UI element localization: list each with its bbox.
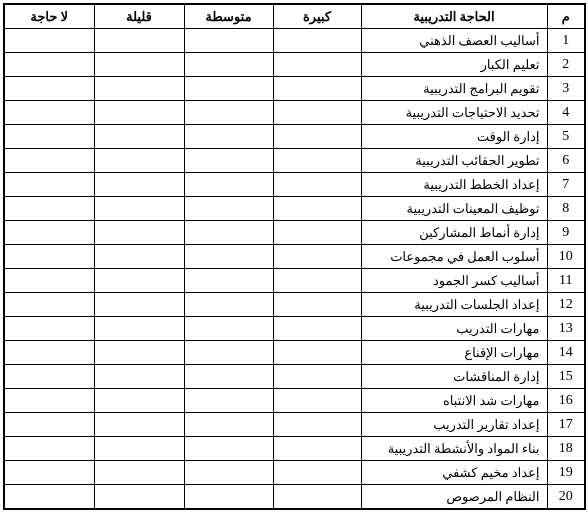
table-row: 3 تقويم البرامج التدريبية: [4, 77, 585, 101]
table-row: 20 النظام المرصوص: [4, 485, 585, 510]
rating-cell-low[interactable]: [94, 437, 184, 461]
rating-cell-medium[interactable]: [184, 437, 273, 461]
table-row: 1 أساليب العصف الذهني: [4, 29, 585, 53]
rating-cell-high[interactable]: [273, 269, 361, 293]
table-row: 18 بناء المواد والأنشطة التدريبية: [4, 437, 585, 461]
rating-cell-low[interactable]: [94, 461, 184, 485]
rating-cell-high[interactable]: [273, 413, 361, 437]
training-need-cell: إعداد الخطط التدريبية: [361, 173, 547, 197]
rating-cell-medium[interactable]: [184, 413, 273, 437]
row-number-cell: 17: [547, 413, 585, 437]
rating-cell-none[interactable]: [4, 245, 94, 269]
table-row: 17 إعداد تقارير التدريب: [4, 413, 585, 437]
rating-cell-medium[interactable]: [184, 341, 273, 365]
rating-cell-low[interactable]: [94, 125, 184, 149]
rating-cell-none[interactable]: [4, 293, 94, 317]
rating-cell-none[interactable]: [4, 341, 94, 365]
table-row: 13 مهارات التدريب: [4, 317, 585, 341]
training-need-cell: إدارة الوقت: [361, 125, 547, 149]
rating-cell-high[interactable]: [273, 53, 361, 77]
rating-cell-medium[interactable]: [184, 389, 273, 413]
rating-cell-high[interactable]: [273, 389, 361, 413]
rating-cell-high[interactable]: [273, 29, 361, 53]
training-need-cell: توظيف المعينات التدريبية: [361, 197, 547, 221]
training-need-cell: تحديد الاحتياجات التدريبية: [361, 101, 547, 125]
rating-cell-high[interactable]: [273, 221, 361, 245]
table-row: 12 إعداد الجلسات التدريبية: [4, 293, 585, 317]
row-number-cell: 14: [547, 341, 585, 365]
rating-cell-high[interactable]: [273, 293, 361, 317]
training-need-cell: إدارة أنماط المشاركين: [361, 221, 547, 245]
rating-cell-low[interactable]: [94, 245, 184, 269]
rating-cell-low[interactable]: [94, 269, 184, 293]
rating-cell-none[interactable]: [4, 485, 94, 510]
rating-cell-low[interactable]: [94, 173, 184, 197]
rating-cell-medium[interactable]: [184, 269, 273, 293]
row-number-cell: 8: [547, 197, 585, 221]
training-need-cell: بناء المواد والأنشطة التدريبية: [361, 437, 547, 461]
table-row: 15 إدارة المناقشات: [4, 365, 585, 389]
rating-cell-none[interactable]: [4, 101, 94, 125]
row-number-cell: 3: [547, 77, 585, 101]
training-need-cell: أسلوب العمل في مجموعات: [361, 245, 547, 269]
rating-cell-low[interactable]: [94, 413, 184, 437]
rating-cell-high[interactable]: [273, 437, 361, 461]
rating-cell-none[interactable]: [4, 461, 94, 485]
training-need-cell: إعداد تقارير التدريب: [361, 413, 547, 437]
training-need-cell: تعليم الكبار: [361, 53, 547, 77]
rating-cell-medium[interactable]: [184, 485, 273, 510]
rating-cell-high[interactable]: [273, 77, 361, 101]
row-number-cell: 4: [547, 101, 585, 125]
row-number-cell: 11: [547, 269, 585, 293]
rating-cell-none[interactable]: [4, 317, 94, 341]
rating-cell-medium[interactable]: [184, 293, 273, 317]
table-row: 11 أساليب كسر الجمود: [4, 269, 585, 293]
rating-cell-none[interactable]: [4, 389, 94, 413]
table-row: 10 أسلوب العمل في مجموعات: [4, 245, 585, 269]
rating-cell-high[interactable]: [273, 173, 361, 197]
rating-cell-none[interactable]: [4, 269, 94, 293]
rating-cell-medium[interactable]: [184, 149, 273, 173]
rating-cell-medium[interactable]: [184, 101, 273, 125]
col-header-need: الحاجة التدريبية: [361, 4, 547, 29]
table-row: 14 مهارات الإقناع: [4, 341, 585, 365]
rating-cell-low[interactable]: [94, 77, 184, 101]
rating-cell-low[interactable]: [94, 53, 184, 77]
row-number-cell: 18: [547, 437, 585, 461]
rating-cell-medium[interactable]: [184, 125, 273, 149]
row-number-cell: 10: [547, 245, 585, 269]
training-need-cell: إعداد مخيم كشفي: [361, 461, 547, 485]
table-row: 8 توظيف المعينات التدريبية: [4, 197, 585, 221]
rating-cell-low[interactable]: [94, 389, 184, 413]
rating-cell-low[interactable]: [94, 293, 184, 317]
rating-cell-none[interactable]: [4, 173, 94, 197]
rating-cell-high[interactable]: [273, 101, 361, 125]
table-row: 6 تطوير الحقائب التدريبية: [4, 149, 585, 173]
rating-cell-none[interactable]: [4, 29, 94, 53]
rating-cell-medium[interactable]: [184, 461, 273, 485]
rating-cell-medium[interactable]: [184, 197, 273, 221]
table-row: 2 تعليم الكبار: [4, 53, 585, 77]
rating-cell-low[interactable]: [94, 29, 184, 53]
training-need-cell: مهارات شد الانتباه: [361, 389, 547, 413]
document-page: م الحاجة التدريبية كبيرة متوسطة قليلة لا…: [0, 0, 588, 525]
rating-cell-high[interactable]: [273, 197, 361, 221]
rating-cell-none[interactable]: [4, 365, 94, 389]
table-row: 7 إعداد الخطط التدريبية: [4, 173, 585, 197]
row-number-cell: 9: [547, 221, 585, 245]
rating-cell-none[interactable]: [4, 77, 94, 101]
table-row: 5 إدارة الوقت: [4, 125, 585, 149]
table-row: 4 تحديد الاحتياجات التدريبية: [4, 101, 585, 125]
row-number-cell: 2: [547, 53, 585, 77]
rating-cell-low[interactable]: [94, 149, 184, 173]
rating-cell-none[interactable]: [4, 125, 94, 149]
rating-cell-low[interactable]: [94, 317, 184, 341]
rating-cell-none[interactable]: [4, 413, 94, 437]
rating-cell-medium[interactable]: [184, 77, 273, 101]
rating-cell-none[interactable]: [4, 221, 94, 245]
rating-cell-high[interactable]: [273, 365, 361, 389]
rating-cell-medium[interactable]: [184, 365, 273, 389]
rating-cell-low[interactable]: [94, 365, 184, 389]
row-number-cell: 16: [547, 389, 585, 413]
header-row: م الحاجة التدريبية كبيرة متوسطة قليلة لا…: [4, 4, 585, 29]
row-number-cell: 5: [547, 125, 585, 149]
table-row: 16 مهارات شد الانتباه: [4, 389, 585, 413]
rating-cell-none[interactable]: [4, 437, 94, 461]
row-number-cell: 7: [547, 173, 585, 197]
training-need-cell: أساليب كسر الجمود: [361, 269, 547, 293]
rating-cell-none[interactable]: [4, 149, 94, 173]
row-number-cell: 1: [547, 29, 585, 53]
table-row: 19 إعداد مخيم كشفي: [4, 461, 585, 485]
training-need-cell: تطوير الحقائب التدريبية: [361, 149, 547, 173]
rating-cell-none[interactable]: [4, 53, 94, 77]
training-need-cell: أساليب العصف الذهني: [361, 29, 547, 53]
col-header-high: كبيرة: [273, 4, 361, 29]
rating-cell-none[interactable]: [4, 197, 94, 221]
training-need-cell: تقويم البرامج التدريبية: [361, 77, 547, 101]
col-header-low: قليلة: [94, 4, 184, 29]
rating-cell-low[interactable]: [94, 101, 184, 125]
rating-cell-medium[interactable]: [184, 173, 273, 197]
row-number-cell: 19: [547, 461, 585, 485]
training-need-cell: مهارات الإقناع: [361, 341, 547, 365]
rating-cell-medium[interactable]: [184, 317, 273, 341]
training-need-cell: إدارة المناقشات: [361, 365, 547, 389]
rating-cell-high[interactable]: [273, 245, 361, 269]
row-number-cell: 12: [547, 293, 585, 317]
training-need-cell: إعداد الجلسات التدريبية: [361, 293, 547, 317]
row-number-cell: 20: [547, 485, 585, 510]
training-need-cell: مهارات التدريب: [361, 317, 547, 341]
rating-cell-high[interactable]: [273, 485, 361, 510]
rating-cell-high[interactable]: [273, 125, 361, 149]
rating-cell-medium[interactable]: [184, 245, 273, 269]
row-number-cell: 6: [547, 149, 585, 173]
rating-cell-high[interactable]: [273, 341, 361, 365]
table-row: 9 إدارة أنماط المشاركين: [4, 221, 585, 245]
table-body: 1 أساليب العصف الذهني 2 تعليم الكبار 3 ت…: [4, 29, 585, 510]
col-header-num: م: [547, 4, 585, 29]
rating-cell-medium[interactable]: [184, 29, 273, 53]
rating-cell-high[interactable]: [273, 461, 361, 485]
rating-cell-low[interactable]: [94, 197, 184, 221]
col-header-none: لا حاجة: [4, 4, 94, 29]
row-number-cell: 15: [547, 365, 585, 389]
training-needs-table: م الحاجة التدريبية كبيرة متوسطة قليلة لا…: [3, 3, 586, 510]
rating-cell-low[interactable]: [94, 221, 184, 245]
training-need-cell: النظام المرصوص: [361, 485, 547, 510]
col-header-medium: متوسطة: [184, 4, 273, 29]
rating-cell-medium[interactable]: [184, 53, 273, 77]
rating-cell-medium[interactable]: [184, 221, 273, 245]
row-number-cell: 13: [547, 317, 585, 341]
rating-cell-low[interactable]: [94, 341, 184, 365]
rating-cell-low[interactable]: [94, 485, 184, 510]
rating-cell-high[interactable]: [273, 149, 361, 173]
rating-cell-high[interactable]: [273, 317, 361, 341]
